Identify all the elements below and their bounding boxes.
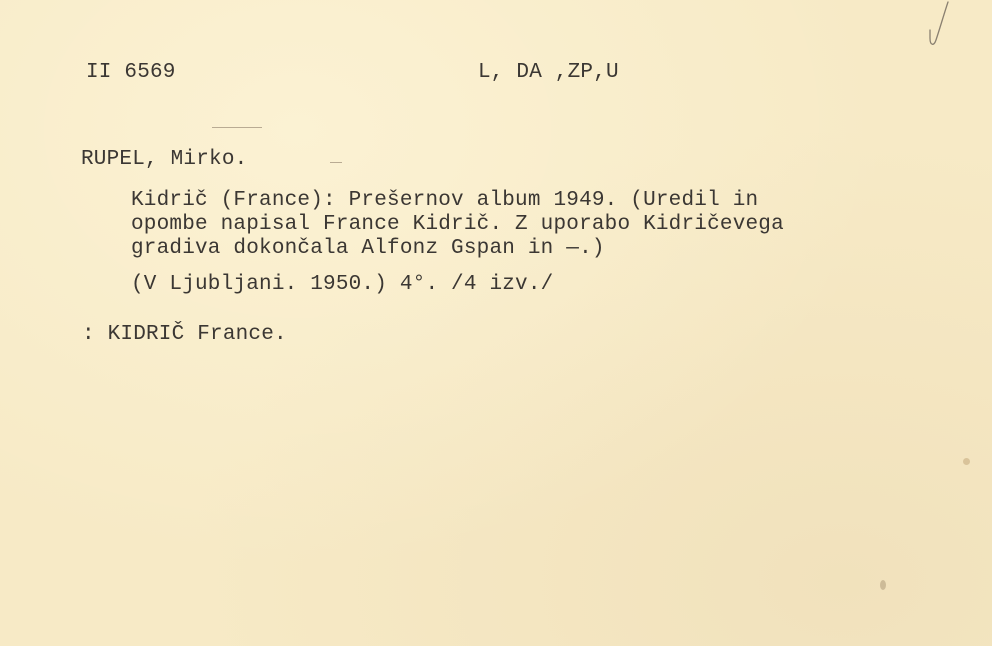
imprint-line: (V Ljubljani. 1950.) 4°. /4 izv./	[131, 274, 553, 296]
description-line: gradiva dokončala Alfonz Gspan in —.)	[131, 238, 605, 260]
catalog-card: II 6569 L, DA ,ZP,U RUPEL, Mirko. Kidrič…	[0, 0, 992, 646]
paper-stain	[880, 580, 886, 590]
added-entry: : KIDRIČ France.	[82, 324, 287, 346]
call-number: II 6569	[86, 62, 176, 84]
faint-mark	[212, 127, 262, 128]
description-line: Kidrič (France): Prešernov album 1949. (…	[131, 190, 758, 212]
faint-mark	[330, 162, 342, 163]
main-entry-heading: RUPEL, Mirko.	[81, 149, 247, 171]
check-mark-icon	[924, 0, 954, 48]
paper-stain	[963, 458, 970, 465]
description-line: opombe napisal France Kidrič. Z uporabo …	[131, 214, 784, 236]
location-codes: L, DA ,ZP,U	[478, 62, 619, 84]
